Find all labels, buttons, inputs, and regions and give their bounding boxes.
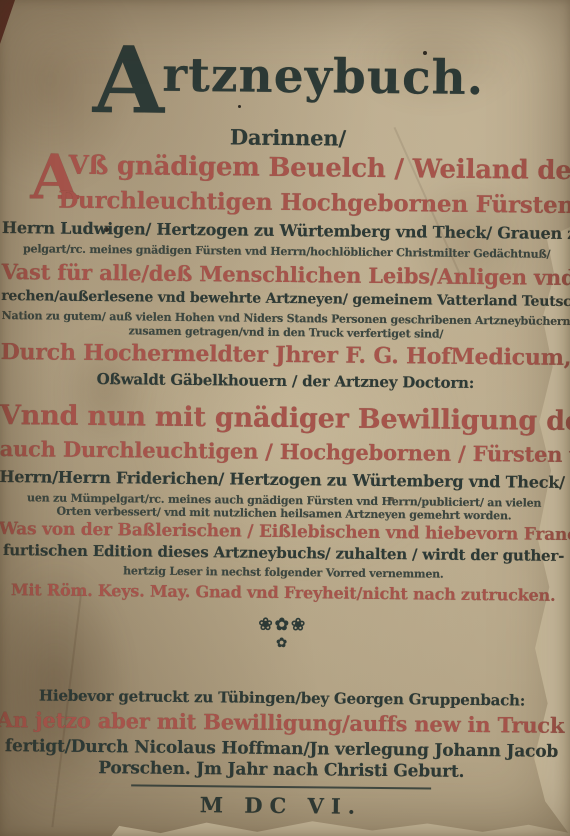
imprint-line-1: Hiebevor getruckt zu Tübingen/bey George… xyxy=(0,688,567,709)
subtitle: Darinnen/ xyxy=(3,124,570,151)
paper-crease xyxy=(394,127,465,283)
contents-line-3: Nation zu gutem/ auß vielen Hohen vnd Ni… xyxy=(1,310,570,327)
author-line-1: Durch Hochermeldter Jhrer F. G. HofMedic… xyxy=(1,341,570,369)
editions-line-2: furtischen Edition dieses Artzneybuchs/ … xyxy=(0,543,569,564)
fleuron-ornament-icon: ❀✿❀ xyxy=(0,614,568,637)
privilege-line-4: uen zu Mümpelgart/rc. meines auch gnädig… xyxy=(0,492,569,509)
ink-speck xyxy=(423,51,427,55)
printed-text: Artzneybuch. Darinnen/ A Vß gnädigem Beu… xyxy=(0,0,570,836)
ink-speck xyxy=(390,497,394,501)
ink-speck xyxy=(104,227,109,232)
dedication-line-3: Herrn Ludwigen/ Hertzogen zu Würtemberg … xyxy=(2,220,570,242)
ornate-initial-a: A xyxy=(92,26,161,135)
paper-crease xyxy=(51,589,82,827)
edge-vignette xyxy=(0,0,570,836)
editions-line-3: hertzig Leser in nechst folgender Vorred… xyxy=(0,564,568,581)
title-text: rtzneybuch. xyxy=(162,48,484,106)
contents-line-2: rechen/außerlesene vnd bewehrte Artzneye… xyxy=(1,289,570,309)
paper-stain xyxy=(350,10,520,110)
page-title: Artzneybuch. xyxy=(3,33,570,151)
paper-stain xyxy=(60,330,150,450)
fleuron-ornament-icon: ✿ xyxy=(0,634,568,653)
editions-line-1: Was von der Baßlerischen / Eißlebischen … xyxy=(0,521,569,544)
dedication-line-1: Vß gnädigem Beuelch / Weiland deß xyxy=(68,153,570,184)
paper-stain xyxy=(402,170,542,320)
dedication-line-2: Durchleuchtigen Hochgebornen Fürsten vnd… xyxy=(58,189,570,217)
paper-stain xyxy=(140,290,460,570)
paper-stain xyxy=(0,0,140,190)
paper-stain xyxy=(0,560,130,810)
title-page-scan: Artzneybuch. Darinnen/ A Vß gnädigem Beu… xyxy=(0,0,570,836)
publication-date: M DC VI. xyxy=(0,792,566,819)
dedication-line-4: pelgart/rc. meines gnädigen Fürsten vnd … xyxy=(2,243,570,260)
privilege-line-5: Orten verbessert/ vnd mit nutzlichen hei… xyxy=(0,505,569,522)
privilege-line-1: Vnnd nun mit gnädiger Bewilligung deß xyxy=(0,402,570,435)
privilege-line-3: Herrn/Herrn Friderichen/ Hertzogen zu Wü… xyxy=(0,469,569,491)
divider-rule xyxy=(131,784,431,789)
privilege-line-2: auch Durchleuchtigen / Hochgebornen / Fü… xyxy=(0,438,570,465)
torn-corner-top-left xyxy=(0,0,15,44)
imprint-line-2: An jetzo aber mit Bewilligung/auffs new … xyxy=(0,709,567,736)
contents-line-1: Vast für alle/deß Menschlichen Leibs/Anl… xyxy=(1,261,570,288)
imprint-line-4: Porschen. Jm Jahr nach Christi Geburt. xyxy=(0,759,566,782)
ink-speck xyxy=(238,105,241,108)
imperial-privilege-line: Mit Röm. Keys. May. Gnad vnd Freyheit/ni… xyxy=(0,582,568,604)
drop-cap-a: A xyxy=(30,146,79,209)
imprint-line-3: fertigt/Durch Nicolaus Hoffman/Jn verleg… xyxy=(0,738,567,761)
contents-line-4: zusamen getragen/vnd in den Truck verfer… xyxy=(1,324,570,341)
torn-edge-bottom xyxy=(110,816,570,836)
author-line-2: Oßwaldt Gäbelkhouern / der Artzney Docto… xyxy=(0,371,570,392)
torn-edge-right xyxy=(530,226,570,836)
